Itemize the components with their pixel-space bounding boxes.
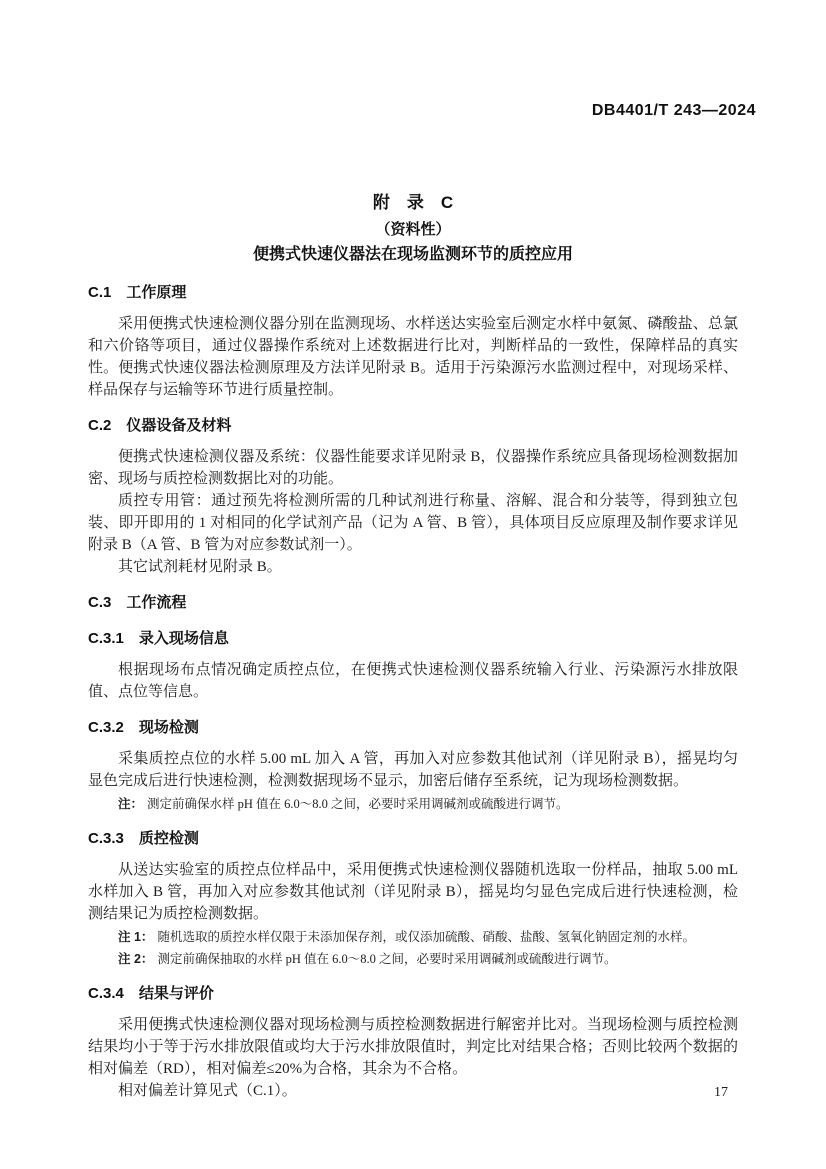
section-heading-c3: C.3 工作流程 xyxy=(88,592,738,614)
paragraph-c2-2: 质控专用管：通过预先将检测所需的几种试剂进行称量、溶解、混合和分装等，得到独立包… xyxy=(88,490,738,556)
note-c33-2-label: 注 2： xyxy=(118,952,157,966)
note-c33-2-text: 测定前确保抽取的水样 pH 值在 6.0～8.0 之间，必要时采用调碱剂或硫酸进… xyxy=(157,952,616,966)
paragraph-c2-1: 便携式快速检测仪器及系统：仪器性能要求详见附录 B，仪器操作系统应具备现场检测数… xyxy=(88,446,738,490)
section-heading-c1: C.1 工作原理 xyxy=(88,282,738,304)
paragraph-c32-1: 采集质控点位的水样 5.00 mL 加入 A 管，再加入对应参数其他试剂（详见附… xyxy=(88,748,738,792)
appendix-title: 附 录 C xyxy=(88,190,738,216)
note-c32: 注：测定前确保水样 pH 值在 6.0～8.0 之间，必要时采用调碱剂或硫酸进行… xyxy=(88,794,738,814)
appendix-classification: （资料性） xyxy=(88,218,738,242)
paragraph-c31-1: 根据现场布点情况确定质控点位，在便携式快速检测仪器系统输入行业、污染源污水排放限… xyxy=(88,659,738,703)
document-page: DB4401/T 243—2024 附 录 C （资料性） 便携式快速仪器法在现… xyxy=(0,0,826,1169)
note-c33-1-text: 随机选取的质控水样仅限于未添加保存剂，或仅添加硫酸、硝酸、盐酸、氢氧化钠固定剂的… xyxy=(157,930,695,944)
note-c33-1-label: 注 1： xyxy=(118,930,157,944)
page-number: 17 xyxy=(714,1085,728,1101)
paragraph-c33-1: 从送达实验室的质控点位样品中，采用便携式快速检测仪器随机选取一份样品，抽取 5.… xyxy=(88,859,738,925)
section-heading-c33: C.3.3 质控检测 xyxy=(88,828,738,850)
note-c33-2: 注 2：测定前确保抽取的水样 pH 值在 6.0～8.0 之间，必要时采用调碱剂… xyxy=(88,949,738,969)
appendix-name: 便携式快速仪器法在现场监测环节的质控应用 xyxy=(88,242,738,268)
section-heading-c2: C.2 仪器设备及材料 xyxy=(88,415,738,437)
section-heading-c34: C.3.4 结果与评价 xyxy=(88,983,738,1005)
note-c32-label: 注： xyxy=(118,797,147,811)
paragraph-c34-1: 采用便携式快速检测仪器对现场检测与质控检测数据进行解密并比对。当现场检测与质控检… xyxy=(88,1014,738,1080)
section-heading-c31: C.3.1 录入现场信息 xyxy=(88,628,738,650)
section-heading-c32: C.3.2 现场检测 xyxy=(88,717,738,739)
paragraph-c2-3: 其它试剂耗材见附录 B。 xyxy=(88,556,738,578)
note-c33-1: 注 1：随机选取的质控水样仅限于未添加保存剂，或仅添加硫酸、硝酸、盐酸、氢氧化钠… xyxy=(88,927,738,947)
standard-code: DB4401/T 243—2024 xyxy=(592,102,756,120)
paragraph-c1-1: 采用便携式快速检测仪器分别在监测现场、水样送达实验室后测定水样中氨氮、磷酸盐、总… xyxy=(88,313,738,401)
document-content: 附 录 C （资料性） 便携式快速仪器法在现场监测环节的质控应用 C.1 工作原… xyxy=(0,190,826,1102)
note-c32-text: 测定前确保水样 pH 值在 6.0～8.0 之间，必要时采用调碱剂或硫酸进行调节… xyxy=(147,797,569,811)
paragraph-c34-2: 相对偏差计算见式（C.1）。 xyxy=(88,1080,738,1102)
